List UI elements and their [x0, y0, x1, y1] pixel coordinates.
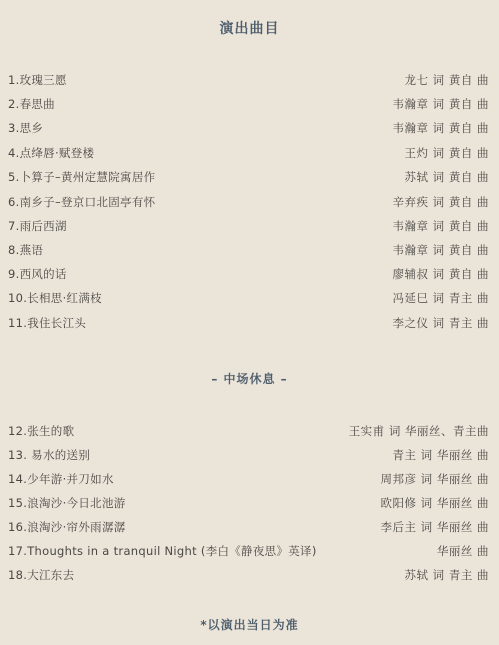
song-credit: 华丽丝 曲 — [437, 542, 489, 560]
song-credit: 欧阳修 词 华丽丝 曲 — [381, 494, 489, 512]
program-item: 4.点绛唇·赋登楼王灼 词 黄自 曲 — [8, 144, 489, 162]
song-title: 5.卜算子–黄州定慧院寓居作 — [8, 168, 155, 186]
program-item: 10.长相思·红满枝冯延巳 词 青主 曲 — [8, 289, 489, 307]
song-title: 18.大江东去 — [8, 566, 74, 584]
song-title: 11.我住长江头 — [8, 314, 86, 332]
song-title: 15.浪淘沙·今日北池游 — [8, 494, 126, 512]
song-credit: 李后主 词 华丽丝 曲 — [381, 518, 489, 536]
song-credit: 苏轼 词 青主 曲 — [405, 566, 489, 584]
program-item: 15.浪淘沙·今日北池游欧阳修 词 华丽丝 曲 — [8, 494, 489, 512]
program-item: 8.燕语韦瀚章 词 黄自 曲 — [8, 241, 489, 259]
program-item: 3.思乡韦瀚章 词 黄自 曲 — [8, 119, 489, 137]
program-item: 2.春思曲韦瀚章 词 黄自 曲 — [8, 95, 489, 113]
song-title: 7.雨后西湖 — [8, 217, 67, 235]
song-title: 13. 易水的送别 — [8, 446, 90, 464]
song-title: 2.春思曲 — [8, 95, 55, 113]
song-title: 4.点绛唇·赋登楼 — [8, 144, 94, 162]
disclaimer-note: *以演出当日为准 — [0, 616, 499, 633]
song-title: 14.少年游·并刀如水 — [8, 470, 114, 488]
song-credit: 青主 词 华丽丝 曲 — [393, 446, 489, 464]
song-title: 8.燕语 — [8, 241, 43, 259]
song-credit: 韦瀚章 词 黄自 曲 — [393, 119, 489, 137]
song-credit: 冯延巳 词 青主 曲 — [393, 289, 489, 307]
program-item: 5.卜算子–黄州定慧院寓居作苏轼 词 黄自 曲 — [8, 168, 489, 186]
program-item: 14.少年游·并刀如水周邦彦 词 华丽丝 曲 — [8, 470, 489, 488]
song-title: 17.Thoughts in a tranquil Night (李白《静夜思》… — [8, 542, 317, 560]
song-credit: 李之仪 词 青主 曲 — [393, 314, 489, 332]
program-item: 11.我住长江头李之仪 词 青主 曲 — [8, 314, 489, 332]
song-title: 10.长相思·红满枝 — [8, 289, 102, 307]
program-item: 12.张生的歌王实甫 词 华丽丝、青主曲 — [8, 422, 489, 440]
song-credit: 苏轼 词 黄自 曲 — [405, 168, 489, 186]
song-title: 3.思乡 — [8, 119, 43, 137]
program-item: 16.浪淘沙·帘外雨潺潺李后主 词 华丽丝 曲 — [8, 518, 489, 536]
song-title: 16.浪淘沙·帘外雨潺潺 — [8, 518, 126, 536]
program-item: 17.Thoughts in a tranquil Night (李白《静夜思》… — [8, 542, 489, 560]
song-credit: 韦瀚章 词 黄自 曲 — [393, 241, 489, 259]
song-credit: 韦瀚章 词 黄自 曲 — [393, 217, 489, 235]
program-item: 7.雨后西湖韦瀚章 词 黄自 曲 — [8, 217, 489, 235]
song-credit: 辛弃疾 词 黄自 曲 — [393, 193, 489, 211]
song-title: 12.张生的歌 — [8, 422, 74, 440]
song-credit: 周邦彦 词 华丽丝 曲 — [381, 470, 489, 488]
song-credit: 龙七 词 黄自 曲 — [405, 71, 489, 89]
song-title: 1.玫瑰三愿 — [8, 71, 67, 89]
song-title: 6.南乡子–登京口北固亭有怀 — [8, 193, 155, 211]
program-item: 6.南乡子–登京口北固亭有怀辛弃疾 词 黄自 曲 — [8, 193, 489, 211]
song-credit: 王实甫 词 华丽丝、青主曲 — [349, 422, 489, 440]
program-item: 1.玫瑰三愿龙七 词 黄自 曲 — [8, 71, 489, 89]
song-credit: 廖辅叔 词 黄自 曲 — [393, 265, 489, 283]
song-title: 9.西风的话 — [8, 265, 67, 283]
program-item: 9.西风的话廖辅叔 词 黄自 曲 — [8, 265, 489, 283]
song-credit: 王灼 词 黄自 曲 — [405, 144, 489, 162]
program-item: 18.大江东去苏轼 词 青主 曲 — [8, 566, 489, 584]
song-credit: 韦瀚章 词 黄自 曲 — [393, 95, 489, 113]
program-item: 13. 易水的送别青主 词 华丽丝 曲 — [8, 446, 489, 464]
program-title: 演出曲目 — [0, 18, 499, 38]
intermission-label: – 中场休息 – — [0, 370, 499, 387]
